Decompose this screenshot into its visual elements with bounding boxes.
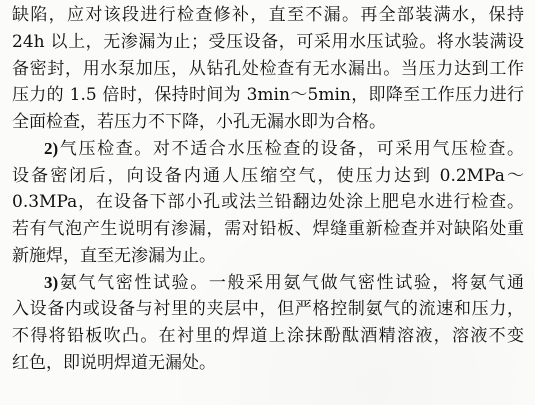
text-line: 入设备内或设备与衬里的夹层中，但严格控制氨气的流速和压力， — [12, 296, 524, 323]
text-line: 压力的 1.5 倍时，保持时间为 3min～5min，即降至工作压力进行 — [12, 82, 524, 109]
text-line-with-number: 2)气压检查。对不适合水压检查的设备，可采用气压检查。 — [12, 136, 524, 163]
paragraph-air-pressure-test: 2)气压检查。对不适合水压检查的设备，可采用气压检查。 设备密闭后，向设备内通人… — [12, 136, 524, 270]
paragraph-ammonia-tightness-test: 3)氨气气密性试验。一般采用氨气做气密性试验，将氨气通 入设备内或设备与衬里的夹… — [12, 270, 524, 377]
item-heading-text: 气压检查。对不适合水压检查的设备，可采用气压检查。 — [58, 139, 524, 159]
item-number: 3) — [44, 273, 58, 292]
paragraph-water-test-continuation: 缺陷，应对该段进行检查修补，直至不漏。再全部装满水，保持 24h 以上，无渗漏为… — [12, 2, 524, 136]
text-line: 缺陷，应对该段进行检查修补，直至不漏。再全部装满水，保持 — [12, 2, 524, 29]
text-line: 全面检查，若压力不下降，小孔无漏水即为合格。 — [12, 109, 524, 136]
item-heading-text: 氨气气密性试验。一般采用氨气做气密性试验，将氨气通 — [58, 273, 524, 293]
text-line: 红色，即说明焊道无漏处。 — [12, 350, 524, 377]
text-line-with-number: 3)氨气气密性试验。一般采用氨气做气密性试验，将氨气通 — [12, 270, 524, 297]
text-line: 设备密闭后，向设备内通人压缩空气，使压力达到 0.2MPa～ — [12, 163, 524, 190]
text-line: 新施焊，直至无渗漏为止。 — [12, 243, 524, 270]
text-line: 备密封，用水泵加压，从钻孔处检查有无水漏出。当压力达到工作 — [12, 56, 524, 83]
text-line: 不得将铅板吹凸。在衬里的焊道上涂抹酚酞酒精溶液，溶液不变 — [12, 323, 524, 350]
text-line: 0.3MPa，在设备下部小孔或法兰铅翻边处涂上肥皂水进行检查。 — [12, 189, 524, 216]
text-line: 24h 以上，无渗漏为止；受压设备，可采用水压试验。将水装满设 — [12, 29, 524, 56]
item-number: 2) — [44, 139, 58, 158]
text-line: 若有气泡产生说明有渗漏，需对铅板、焊缝重新检查并对缺陷处重 — [12, 216, 524, 243]
document-page: 缺陷，应对该段进行检查修补，直至不漏。再全部装满水，保持 24h 以上，无渗漏为… — [12, 2, 524, 377]
